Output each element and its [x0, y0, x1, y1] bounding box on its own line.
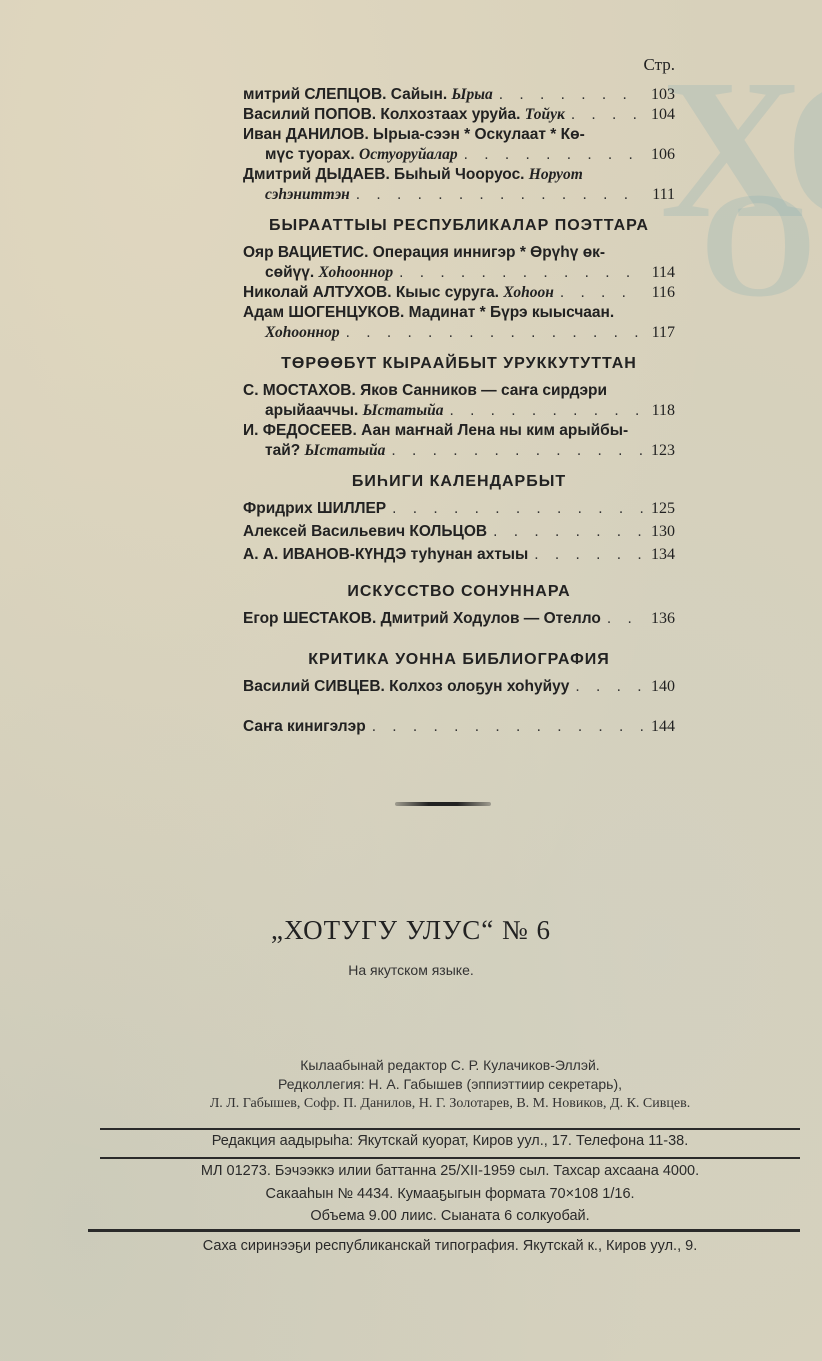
section-title: БЫРААТТЫЫ РЕСПУБЛИКАЛАР ПОЭТТАРА	[243, 217, 675, 235]
dot-leader: . . . . . . . . . . . . . . . . . . . . …	[392, 499, 643, 519]
entry-text: Иван ДАНИЛОВ. Ырыа-сээн * Оскулаат * Кө-	[243, 125, 585, 145]
entry-text: Дмитрий ДЫДАЕВ. Быһый Чооруос. Норуот	[243, 165, 583, 185]
rule-line	[100, 1128, 800, 1130]
page-number: 106	[649, 145, 675, 165]
language-note: На якутском языке.	[0, 962, 822, 978]
dot-leader: . . . . . . . . . . . . . . .	[571, 105, 643, 125]
page-number: 116	[649, 283, 675, 303]
entry-text: Алексей Васильевич КОЛЬЦОВ	[243, 522, 487, 542]
order-line-2: Сакааһын № 4434. Кумааҕыгын формата 70×1…	[100, 1186, 800, 1202]
order-line-1: МЛ 01273. Бэчээккэ илии баттанна 25/XII-…	[100, 1163, 800, 1179]
page-number: 130	[649, 522, 675, 542]
toc-entry: Иван ДАНИЛОВ. Ырыа-сээн * Оскулаат * Кө-…	[243, 125, 675, 165]
section-title: ТӨРӨӨБҮТ КЫРААЙБЫТ УРУККУТУТТАН	[243, 355, 675, 373]
page-number: 144	[649, 717, 675, 737]
toc-entry: Василий СИВЦЕВ. Колхоз олоҕун хоһуйуу . …	[243, 677, 675, 697]
rule-line	[100, 1157, 800, 1159]
entry-text: И. ФЕДОСЕЕВ. Аан маҥнай Лена ны ким арый…	[243, 421, 628, 441]
dot-leader: . .	[607, 609, 643, 629]
dot-leader: . . . . . . . . . . . . . . . . . . . . …	[399, 263, 643, 283]
editor-line: Кылаабынай редактор С. Р. Кулачиков-Эллэ…	[100, 1056, 800, 1075]
page-number: 140	[649, 677, 675, 697]
section-title: ИСКУССТВО СОНУННАРА	[243, 583, 675, 601]
page-number: 111	[649, 185, 675, 205]
page-number: 136	[649, 609, 675, 629]
dot-leader: . . . . . . . . . . . . . . .	[493, 522, 643, 542]
entry-text: Егор ШЕСТАКОВ. Дмитрий Ходулов — Отелло	[243, 609, 601, 629]
entry-text: мүс туорах. Остуоруйалар	[265, 145, 458, 165]
show-through-letters: ХО	[660, 50, 822, 250]
toc-entry: Адам ШОГЕНЦУКОВ. Мадинат * Бүрэ кыысчаан…	[243, 303, 675, 343]
entry-text: Адам ШОГЕНЦУКОВ. Мадинат * Бүрэ кыысчаан…	[243, 303, 614, 323]
dot-leader: . . . . . . . . . . . . . . . . . . . . …	[372, 717, 643, 737]
dot-leader: . . . . . . . . . . . . . . . . . . . . …	[356, 185, 643, 205]
entry-text: А. А. ИВАНОВ-КҮНДЭ туһунан ахтыы	[243, 545, 528, 565]
dot-leader: . . . . . . . .	[560, 283, 643, 303]
entry-text: митрий СЛЕПЦОВ. Сайын. Ырыа	[243, 85, 493, 105]
toc-entry: А. А. ИВАНОВ-КҮНДЭ туһунан ахтыы . . . .…	[243, 545, 675, 565]
board-members: Л. Л. Габышев, Софр. П. Данилов, Н. Г. З…	[100, 1094, 800, 1113]
toc-entry: митрий СЛЕПЦОВ. Сайын. Ырыа . . . . . . …	[243, 85, 675, 105]
page-number: 117	[649, 323, 675, 343]
rule-line-thick	[88, 1229, 800, 1232]
entry-text: Василий ПОПОВ. Колхозтаах уруйа. Тойук	[243, 105, 565, 125]
page-number: 125	[649, 499, 675, 519]
toc-entry: Алексей Васильевич КОЛЬЦОВ . . . . . . .…	[243, 522, 675, 542]
section-title: КРИТИКА УОННА БИБЛИОГРАФИЯ	[243, 651, 675, 669]
page-number: 114	[649, 263, 675, 283]
toc-entry: Василий ПОПОВ. Колхозтаах уруйа. Тойук .…	[243, 105, 675, 125]
entry-genre: Хоһооннор	[265, 323, 340, 343]
toc-entry: Дмитрий ДЫДАЕВ. Быһый Чооруос. Норуот сэ…	[243, 165, 675, 205]
toc-entry: И. ФЕДОСЕЕВ. Аан маҥнай Лена ны ким арый…	[243, 421, 675, 461]
dot-leader: . . . . . . . . .	[534, 545, 643, 565]
entry-text: С. МОСТАХОВ. Яков Санников — саҥа сирдэр…	[243, 381, 607, 401]
address-line: Редакция аадырыһа: Якутскай куорат, Киро…	[100, 1133, 800, 1149]
page-column-label: Стр.	[243, 55, 675, 75]
entry-text: Ояр ВАЦИЕТИС. Операция иннигэр * Өрүһү ө…	[243, 243, 605, 263]
entry-text: тай? Ыстатыйа	[265, 441, 385, 461]
toc-entry: Николай АЛТУХОВ. Кыыс суруга. Хоһоон . .…	[243, 283, 675, 303]
order-line-3: Объема 9.00 лиис. Сыаната 6 солкуобай.	[100, 1208, 800, 1224]
entry-text: Николай АЛТУХОВ. Кыыс суруга. Хоһоон	[243, 283, 554, 303]
dot-leader: . . . . .	[575, 677, 643, 697]
page-number: 103	[649, 85, 675, 105]
entry-text: сөйүү. Хоһооннор	[265, 263, 393, 283]
entry-text: Василий СИВЦЕВ. Колхоз олоҕун хоһуйуу	[243, 677, 569, 697]
page-number: 134	[649, 545, 675, 565]
divider-ornament	[395, 802, 491, 806]
page-number: 104	[649, 105, 675, 125]
publication-title: „ХОТУГУ УЛУС“ № 6	[0, 915, 822, 946]
toc-entry-final: Саҥа кинигэлэр . . . . . . . . . . . . .…	[243, 717, 675, 737]
dot-leader: . . . . . . . . . . . . . . . . . . . . …	[391, 441, 643, 461]
printer-line: Саха сиринээҕи республиканскай типографи…	[100, 1238, 800, 1254]
entry-text: Саҥа кинигэлэр	[243, 717, 366, 737]
dot-leader: . . . . . . . . . . . . . . . . . . . . …	[449, 401, 643, 421]
dot-leader: . . . . . . . . . . . . . . . . . . . . …	[346, 323, 643, 343]
imprint-block: Кылаабынай редактор С. Р. Кулачиков-Эллэ…	[100, 1056, 800, 1113]
section-title: БИҺИГИ КАЛЕНДАРБЫТ	[243, 473, 675, 491]
board-line: Редколлегия: Н. А. Габышев (эппиэттиир с…	[100, 1075, 800, 1094]
entry-genre: сэһэниттэн	[265, 185, 350, 205]
dot-leader: . . . . . . . . . . . . . . . . . . . . …	[499, 85, 643, 105]
toc-entry: С. МОСТАХОВ. Яков Санников — саҥа сирдэр…	[243, 381, 675, 421]
page-number: 118	[649, 401, 675, 421]
entry-text: Фридрих ШИЛЛЕР	[243, 499, 386, 519]
toc-entry: Егор ШЕСТАКОВ. Дмитрий Ходулов — Отелло …	[243, 609, 675, 629]
page-number: 123	[649, 441, 675, 461]
toc-entry: Фридрих ШИЛЛЕР . . . . . . . . . . . . .…	[243, 499, 675, 519]
show-through-letters-2: О	[700, 170, 817, 320]
table-of-contents: Стр. митрий СЛЕПЦОВ. Сайын. Ырыа . . . .…	[243, 55, 675, 737]
dot-leader: . . . . . . . . . . . . . . . . . . . . …	[464, 145, 643, 165]
entry-text: арыйааччы. Ыстатыйа	[265, 401, 443, 421]
toc-entry: Ояр ВАЦИЕТИС. Операция иннигэр * Өрүһү ө…	[243, 243, 675, 283]
